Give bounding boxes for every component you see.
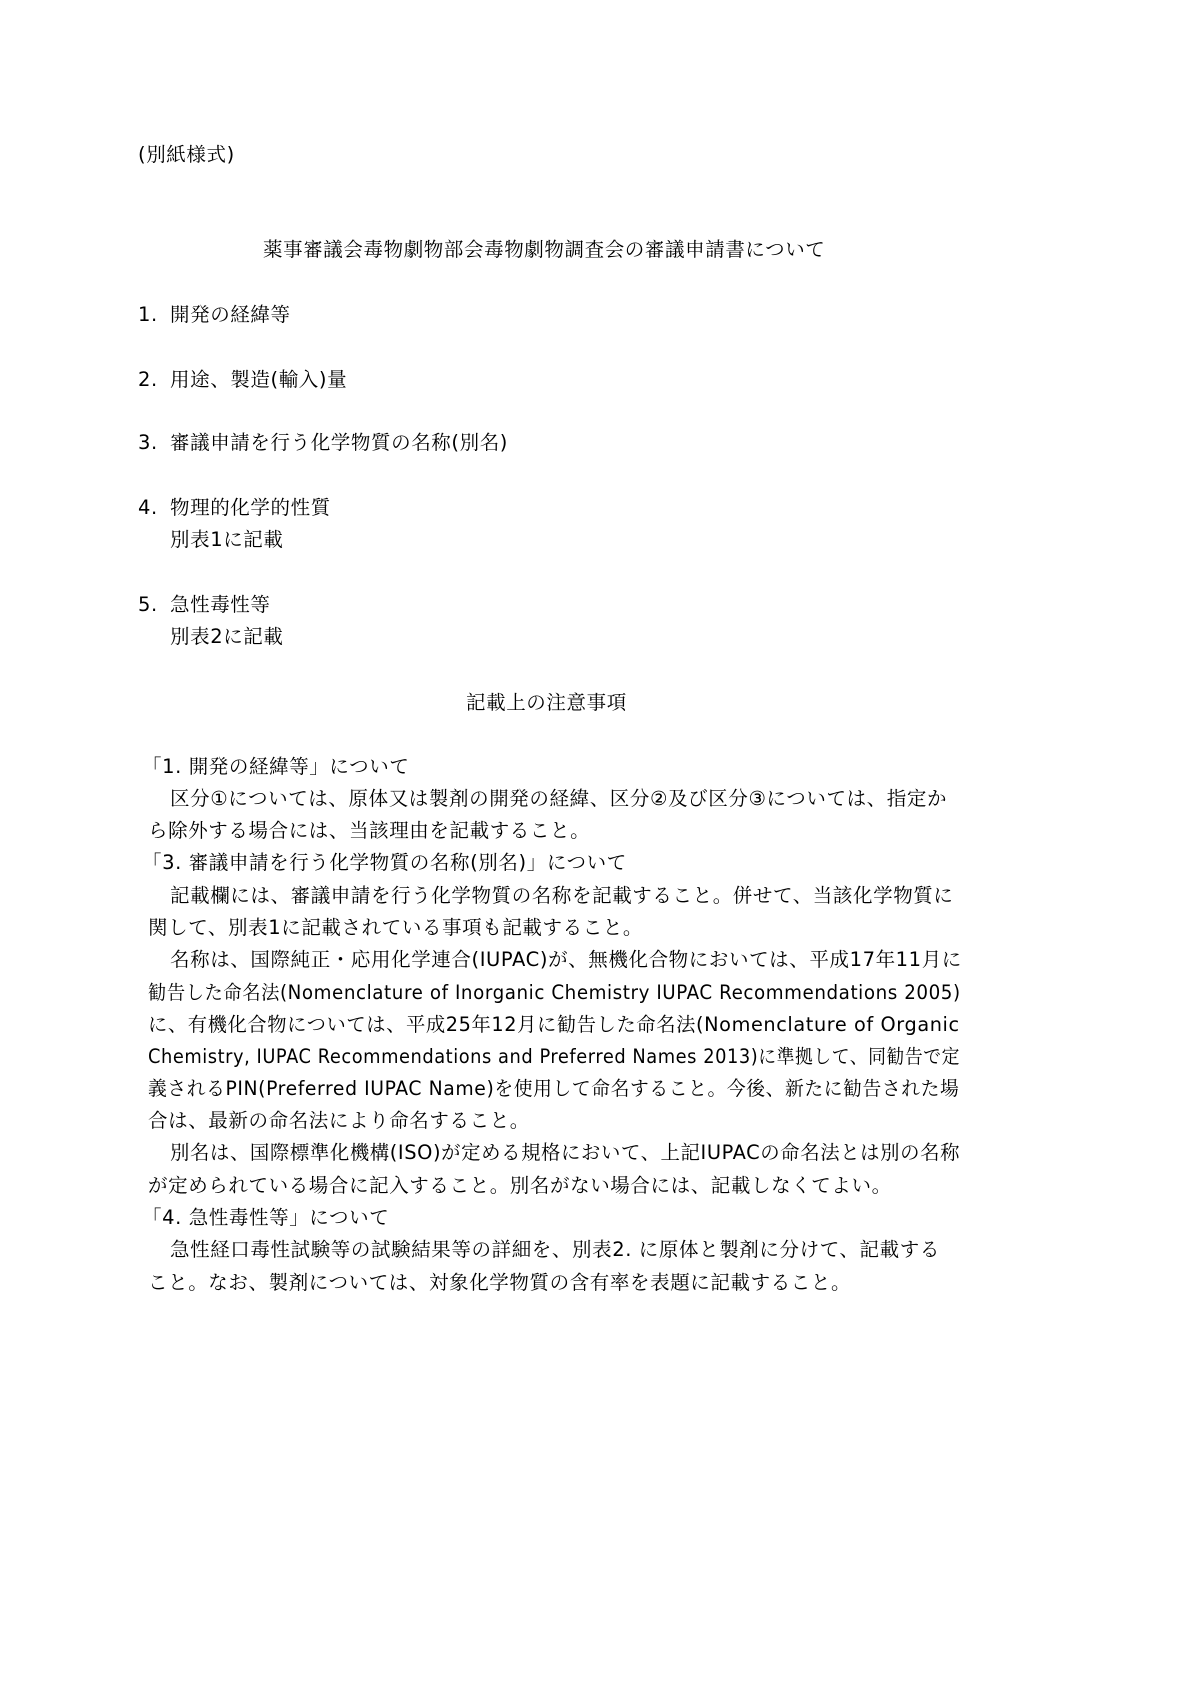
note-3-line: 勧告した命名法(Nomenclature of Inorganic Chemis… [148, 981, 961, 1005]
note-3-line: 関して、別表1に記載されている事項も記載すること。 [148, 916, 643, 940]
item-label: 審議申請を行う化学物質の名称(別名) [170, 431, 508, 454]
item-number: 2. [138, 368, 170, 392]
item-number: 4. [138, 496, 170, 520]
note-4-line: 急性経口毒性試験等の試験結果等の詳細を、別表2. に原体と製剤に分けて、記載する [170, 1238, 940, 1262]
notes-heading: 記載上の注意事項 [466, 691, 627, 715]
form-label: (別紙様式) [138, 143, 235, 167]
item-label: 開発の経緯等 [170, 303, 291, 326]
item-1: 1.開発の経緯等 [138, 303, 291, 327]
note-3-line: が定められている場合に記入すること。別名がない場合には、記載しなくてよい。 [148, 1174, 892, 1198]
note-3-line: に、有機化合物については、平成25年12月に勧告した命名法(Nomenclatu… [148, 1013, 960, 1037]
item-2: 2.用途、製造(輸入)量 [138, 368, 347, 392]
note-1-line: 区分①については、原体又は製剤の開発の経緯、区分②及び区分③については、指定か [170, 787, 947, 811]
note-3-line: 別名は、国際標準化機構(ISO)が定める規格において、上記IUPACの命名法とは… [170, 1141, 960, 1165]
item-label: 用途、製造(輸入)量 [170, 368, 347, 391]
note-heading-3: 「3. 審議申請を行う化学物質の名称(別名)」について [142, 851, 627, 875]
document-title: 薬事審議会毒物劇物部会毒物劇物調査会の審議申請書について [263, 238, 825, 262]
note-3-line: 記載欄には、審議申請を行う化学物質の名称を記載すること。併せて、当該化学物質に [170, 884, 954, 908]
note-3-line: 義されるPIN(Preferred IUPAC Name)を使用して命名すること… [148, 1077, 959, 1101]
note-3-line: 名称は、国際純正・応用化学連合(IUPAC)が、無機化合物においては、平成17年… [170, 948, 962, 972]
note-1-line: ら除外する場合には、当該理由を記載すること。 [148, 819, 590, 843]
note-heading-1: 「1. 開発の経緯等」について [142, 755, 409, 779]
note-3-line: Chemistry, IUPAC Recommendations and Pre… [148, 1045, 960, 1069]
item-label: 物理的化学的性質 [170, 496, 331, 519]
item-number: 5. [138, 593, 170, 617]
note-4-line: こと。なお、製剤については、対象化学物質の含有率を表題に記載すること。 [148, 1271, 851, 1295]
item-4: 4.物理的化学的性質 [138, 496, 331, 520]
item-label: 急性毒性等 [170, 593, 271, 616]
item-3: 3.審議申請を行う化学物質の名称(別名) [138, 431, 508, 455]
note-3-line: 合は、最新の命名法により命名すること。 [148, 1109, 530, 1133]
item-number: 3. [138, 431, 170, 455]
item-5-note: 別表2に記載 [170, 625, 284, 649]
item-number: 1. [138, 303, 170, 327]
item-4-note: 別表1に記載 [170, 528, 284, 552]
item-5: 5.急性毒性等 [138, 593, 271, 617]
note-heading-4: 「4. 急性毒性等」について [142, 1206, 389, 1230]
